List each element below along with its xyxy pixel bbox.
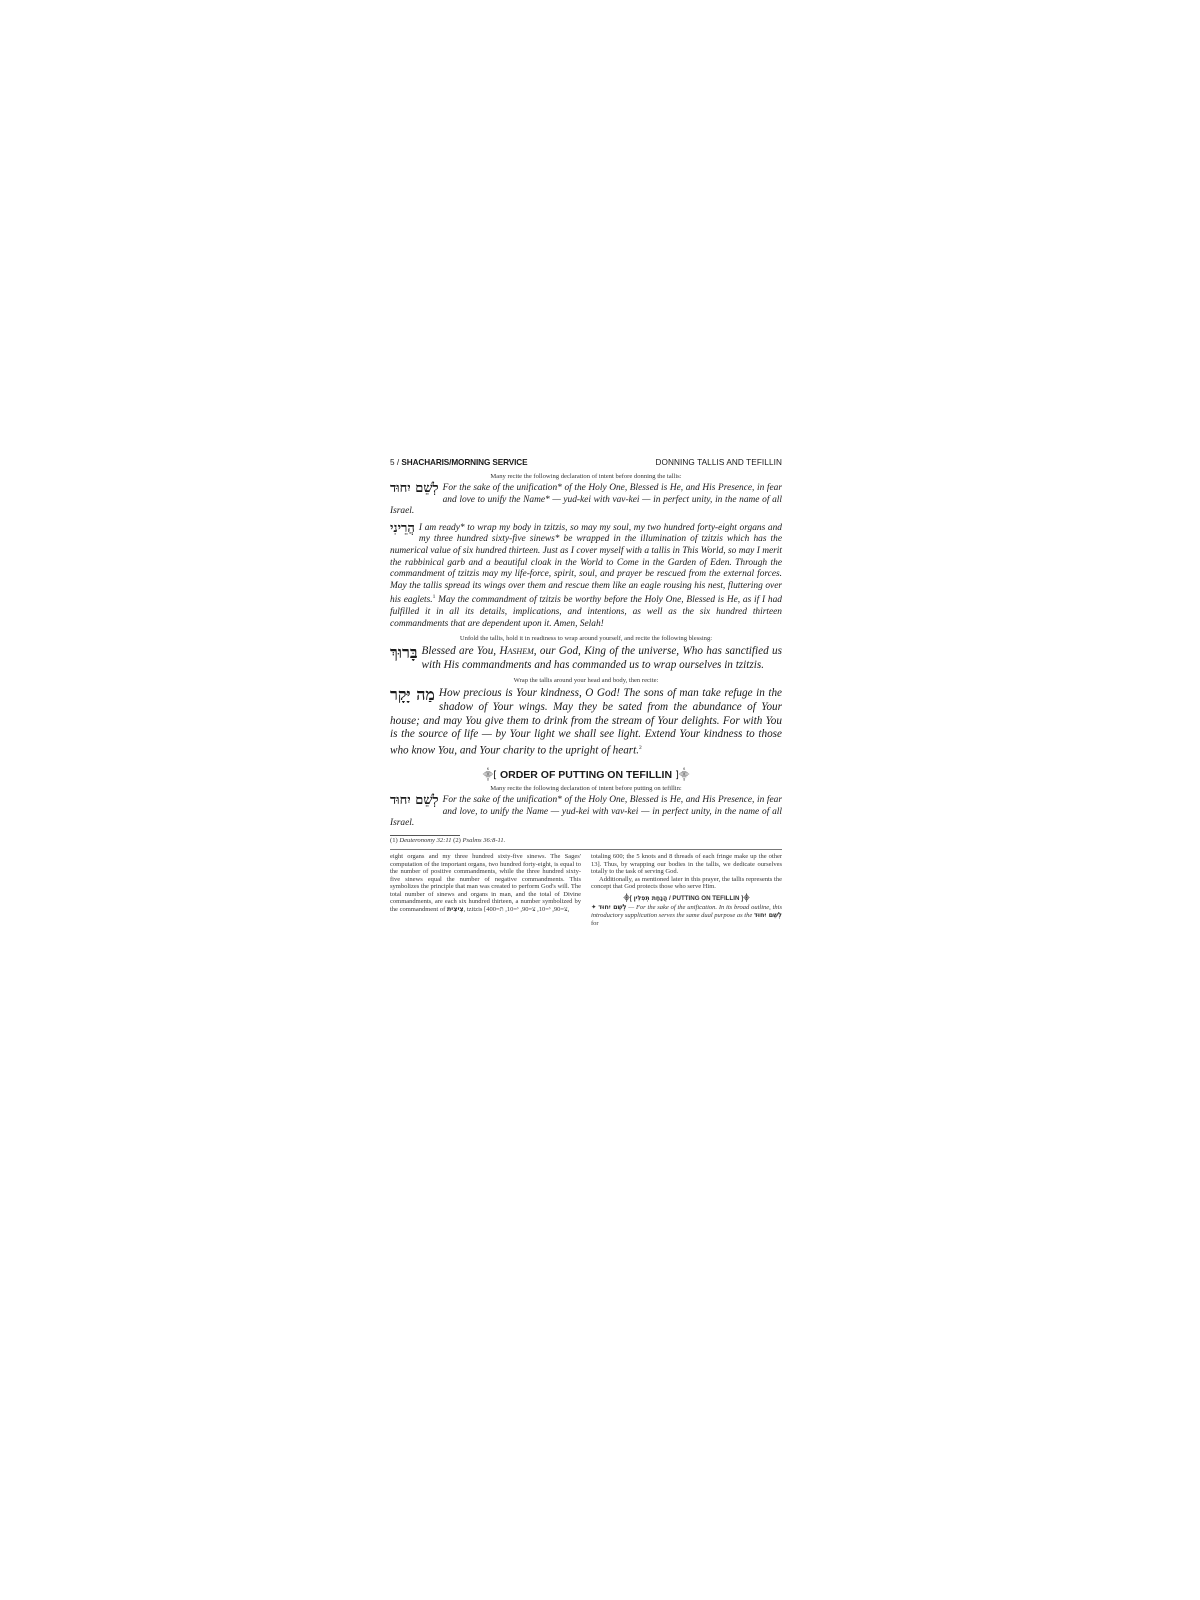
prayer-text: I am ready* to wrap my body in tzitzis, …	[390, 523, 782, 606]
prayer-text: For the sake of the unification* of the …	[390, 795, 782, 828]
instruction-blessing: Unfold the tallis, hold it in readiness …	[390, 635, 782, 642]
footnote-1: Deuteronomy 32:11	[399, 837, 451, 844]
footnote-divider	[390, 835, 460, 836]
hebrew-incipit: לְשֵׁם יִחוּד	[390, 483, 439, 495]
commentary: eight organs and my three hundred sixty-…	[390, 853, 782, 927]
instruction-wrap: Wrap the tallis around your head and bod…	[390, 677, 782, 684]
commentary-divider	[390, 849, 782, 850]
ornament-right-icon: ]⸎	[675, 770, 689, 781]
leshem-yichud-tallis: לְשֵׁם יִחוּד For the sake of the unific…	[390, 483, 782, 518]
mah-yakar-prayer: מַה יָּקָר How precious is Your kindness…	[390, 687, 782, 758]
footnote-marker: 2	[639, 745, 642, 751]
page-section-header: 5 / SHACHARIS/MORNING SERVICE	[390, 458, 527, 467]
footnotes: (1) Deuteronomy 32:11 (2) Psalms 36:8-11…	[390, 837, 782, 844]
chapter-title: DONNING TALLIS AND TEFILLIN	[656, 458, 782, 467]
prayer-text-cont: May the commandment of tzitzis be worthy…	[390, 595, 782, 628]
hareini-prayer: הֲרֵינִי I am ready* to wrap my body in …	[390, 523, 782, 630]
hebrew-incipit: מַה יָּקָר	[390, 687, 435, 702]
ornament-left-icon: ⸎[	[483, 770, 497, 781]
heading-text: ORDER OF PUTTING ON TEFILLIN	[500, 769, 672, 781]
running-head: 5 / SHACHARIS/MORNING SERVICE DONNING TA…	[390, 458, 782, 467]
instruction-tefillin-intent: Many recite the following declaration of…	[390, 785, 782, 792]
prayer-text: How precious is Your kindness, O God! Th…	[390, 687, 782, 756]
hebrew-incipit: לְשֵׁם יִחוּד	[390, 795, 439, 807]
ornament-right-icon: ]⸎	[741, 895, 750, 902]
ornament-left-icon: ⸎[	[623, 895, 633, 902]
hebrew-incipit: בָּרוּךְ	[390, 645, 418, 660]
tefillin-section-heading: ⸎[ ORDER OF PUTTING ON TEFILLIN ]⸎	[390, 767, 782, 781]
tallis-blessing: בָּרוּךְ Blessed are You, Hashem, our Go…	[390, 645, 782, 672]
instruction-tallis-intent: Many recite the following declaration of…	[390, 473, 782, 480]
footnote-2: Psalms 36:8-11.	[463, 837, 506, 844]
section-title: SHACHARIS/MORNING SERVICE	[401, 458, 527, 467]
leshem-yichud-tefillin: לְשֵׁם יִחוּד For the sake of the unific…	[390, 795, 782, 830]
commentary-subheading: ⸎[ הֲנָחַת תְּפִלִּין / PUTTING ON TEFIL…	[591, 895, 782, 903]
prayer-text: For the sake of the unification* of the …	[390, 483, 782, 516]
prayer-book-page: 5 / SHACHARIS/MORNING SERVICE DONNING TA…	[390, 458, 782, 927]
hebrew-incipit: הֲרֵינִי	[390, 523, 415, 535]
commentary-right-column: totaling 600; the 5 knots and 8 threads …	[591, 853, 782, 927]
commentary-left-column: eight organs and my three hundred sixty-…	[390, 853, 581, 927]
divine-name: Hashem	[499, 645, 533, 657]
